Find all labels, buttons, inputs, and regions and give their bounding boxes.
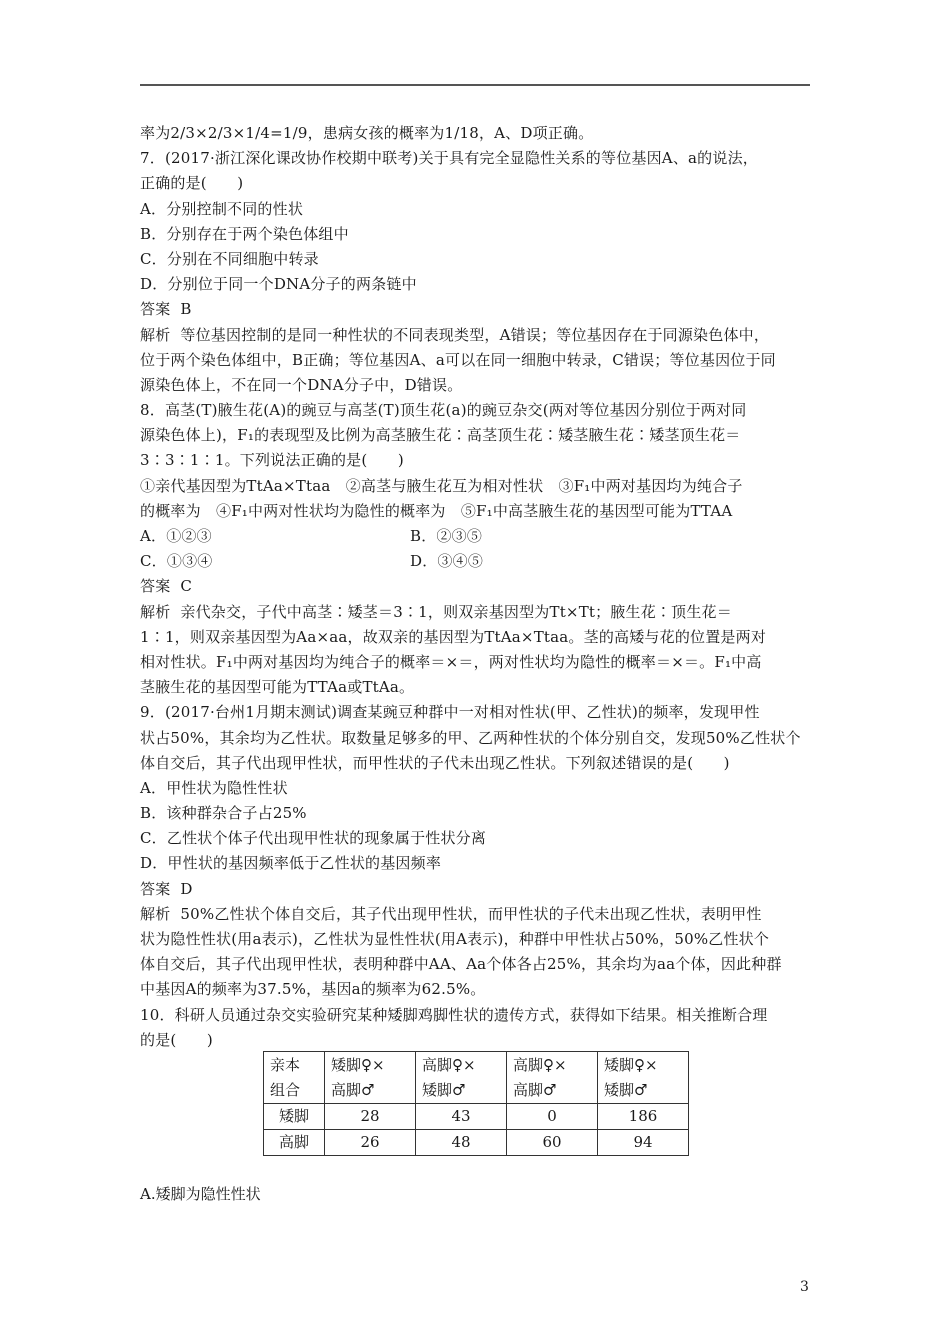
prev-analysis-tail: 率为2/3×2/3×1/4=1/9，患病女孩的概率为1/18，A、D项正确。: [140, 121, 812, 146]
q7-analysis-line-2: 位于两个染色体组中，B正确；等位基因A、a可以在同一细胞中转录，C错误；等位基因…: [140, 348, 812, 373]
page-number: 3: [800, 1279, 809, 1295]
q8-option-c: C．①③④: [140, 549, 410, 574]
q7-option-a: A．分别控制不同的性状: [140, 197, 812, 222]
analysis-text: 50%乙性状个体自交后，其子代出现甲性状，而甲性状的子代未出现乙性状，表明甲性: [180, 905, 761, 923]
q8-answer: 答案C: [140, 574, 812, 599]
document-page: 率为2/3×2/3×1/4=1/9，患病女孩的概率为1/18，A、D项正确。 7…: [0, 0, 950, 1344]
q9-option-a: A．甲性状为隐性性状: [140, 776, 812, 801]
table-header-corner: 亲本 组合: [264, 1052, 325, 1104]
q8-stem-line-2: 源染色体上)，F₁的表现型及比例为高茎腋生花∶高茎顶生花∶矮茎腋生花∶矮茎顶生花…: [140, 423, 812, 448]
q9-stem-line-1: 9．(2017·台州1月期末测试)调查某豌豆种群中一对相对性状(甲、乙性状)的频…: [140, 700, 812, 725]
table-row: 高脚 26 48 60 94: [264, 1130, 689, 1156]
answer-value: C: [180, 577, 192, 595]
table-cell: 28: [325, 1104, 416, 1130]
analysis-label: 解析: [140, 326, 170, 344]
table-row: 矮脚 28 43 0 186: [264, 1104, 689, 1130]
q8-option-d: D．③④⑤: [410, 549, 680, 574]
table-header-cross-1: 矮脚♀× 高脚♂: [325, 1052, 416, 1104]
header-rule: [140, 84, 810, 86]
table-cell: 94: [598, 1130, 689, 1156]
table-cell: 26: [325, 1130, 416, 1156]
q10-stem-line-1: 10．科研人员通过杂交实验研究某种矮脚鸡脚性状的遗传方式，获得如下结果。相关推断…: [140, 1003, 812, 1028]
analysis-text: 等位基因控制的是同一种性状的不同表现类型，A错误；等位基因存在于同源染色体中，: [180, 326, 769, 344]
q8-analysis-line-2: 1∶1，则双亲基因型为Aa×aa，故双亲的基因型为TtAa×Ttaa。茎的高矮与…: [140, 625, 812, 650]
row-label: 矮脚: [264, 1104, 325, 1130]
q7-option-b: B．分别存在于两个染色体组中: [140, 222, 812, 247]
q10-option-a: A.矮脚为隐性性状: [140, 1182, 261, 1207]
analysis-label: 解析: [140, 603, 170, 621]
analysis-label: 解析: [140, 905, 170, 923]
page-content: 率为2/3×2/3×1/4=1/9，患病女孩的概率为1/18，A、D项正确。 7…: [140, 121, 812, 1053]
q9-stem-line-2: 状占50%，其余均为乙性状。取数量足够多的甲、乙两种性状的个体分别自交，发现50…: [140, 726, 812, 751]
q8-statements-line-1: ①亲代基因型为TtAa×Ttaa ②高茎与腋生花互为相对性状 ③F₁中两对基因均…: [140, 474, 812, 499]
analysis-text: 亲代杂交，子代中高茎∶矮茎＝3∶1，则双亲基因型为Tt×Tt；腋生花∶顶生花＝: [180, 603, 732, 621]
q9-stem-line-3: 体自交后，其子代出现甲性状，而甲性状的子代未出现乙性状。下列叙述错误的是( ): [140, 751, 812, 776]
q8-analysis-line-3: 相对性状。F₁中两对基因均为纯合子的概率＝×＝，两对性状均为隐性的概率＝×＝。F…: [140, 650, 812, 675]
table-cell: 48: [416, 1130, 507, 1156]
q8-stem-line-3: 3∶3∶1∶1。下列说法正确的是( ): [140, 448, 812, 473]
q7-stem-line-2: 正确的是( ): [140, 171, 812, 196]
answer-label: 答案: [140, 577, 170, 595]
table-cell: 186: [598, 1104, 689, 1130]
table-header-cross-3: 高脚♀× 高脚♂: [507, 1052, 598, 1104]
q9-option-d: D．甲性状的基因频率低于乙性状的基因频率: [140, 851, 812, 876]
q7-option-c: C．分别在不同细胞中转录: [140, 247, 812, 272]
cross-results-table: 亲本 组合 矮脚♀× 高脚♂ 高脚♀× 矮脚♂ 高脚♀× 高脚♂ 矮脚♀× 矮脚…: [263, 1051, 689, 1156]
table-cell: 0: [507, 1104, 598, 1130]
q7-answer: 答案B: [140, 297, 812, 322]
q8-option-a: A．①②③: [140, 524, 410, 549]
q7-option-d: D．分别位于同一个DNA分子的两条链中: [140, 272, 812, 297]
q8-options-row-2: C．①③④ D．③④⑤: [140, 549, 812, 574]
q8-statements-line-2: 的概率为 ④F₁中两对性状均为隐性的概率为 ⑤F₁中高茎腋生花的基因型可能为TT…: [140, 499, 812, 524]
q8-analysis-line-4: 茎腋生花的基因型可能为TTAa或TtAa。: [140, 675, 812, 700]
row-label: 高脚: [264, 1130, 325, 1156]
answer-value: B: [180, 300, 191, 318]
q9-analysis-line-4: 中基因A的频率为37.5%，基因a的频率为62.5%。: [140, 977, 812, 1002]
q8-stem-line-1: 8．高茎(T)腋生花(A)的豌豆与高茎(T)顶生花(a)的豌豆杂交(两对等位基因…: [140, 398, 812, 423]
q7-analysis-line-1: 解析等位基因控制的是同一种性状的不同表现类型，A错误；等位基因存在于同源染色体中…: [140, 323, 812, 348]
answer-value: D: [180, 880, 192, 898]
answer-label: 答案: [140, 880, 170, 898]
q8-analysis-line-1: 解析亲代杂交，子代中高茎∶矮茎＝3∶1，则双亲基因型为Tt×Tt；腋生花∶顶生花…: [140, 600, 812, 625]
q8-option-b: B．②③⑤: [410, 524, 680, 549]
table-header-cross-4: 矮脚♀× 矮脚♂: [598, 1052, 689, 1104]
q10-stem-line-2: 的是( ): [140, 1028, 812, 1053]
q7-analysis-line-3: 源染色体上，不在同一个DNA分子中，D错误。: [140, 373, 812, 398]
q7-stem-line-1: 7．(2017·浙江深化课改协作校期中联考)关于具有完全显隐性关系的等位基因A、…: [140, 146, 812, 171]
q8-options-row-1: A．①②③ B．②③⑤: [140, 524, 812, 549]
table-header-row: 亲本 组合 矮脚♀× 高脚♂ 高脚♀× 矮脚♂ 高脚♀× 高脚♂ 矮脚♀× 矮脚…: [264, 1052, 689, 1104]
q9-analysis-line-3: 体自交后，其子代出现甲性状，表明种群中AA、Aa个体各占25%，其余均为aa个体…: [140, 952, 812, 977]
table-cell: 60: [507, 1130, 598, 1156]
table-header-cross-2: 高脚♀× 矮脚♂: [416, 1052, 507, 1104]
q9-option-c: C．乙性状个体子代出现甲性状的现象属于性状分离: [140, 826, 812, 851]
q9-analysis-line-1: 解析50%乙性状个体自交后，其子代出现甲性状，而甲性状的子代未出现乙性状，表明甲…: [140, 902, 812, 927]
q9-analysis-line-2: 状为隐性性状(用a表示)，乙性状为显性性状(用A表示)，种群中甲性状占50%，5…: [140, 927, 812, 952]
q9-answer: 答案D: [140, 877, 812, 902]
answer-label: 答案: [140, 300, 170, 318]
table-cell: 43: [416, 1104, 507, 1130]
q9-option-b: B．该种群杂合子占25%: [140, 801, 812, 826]
